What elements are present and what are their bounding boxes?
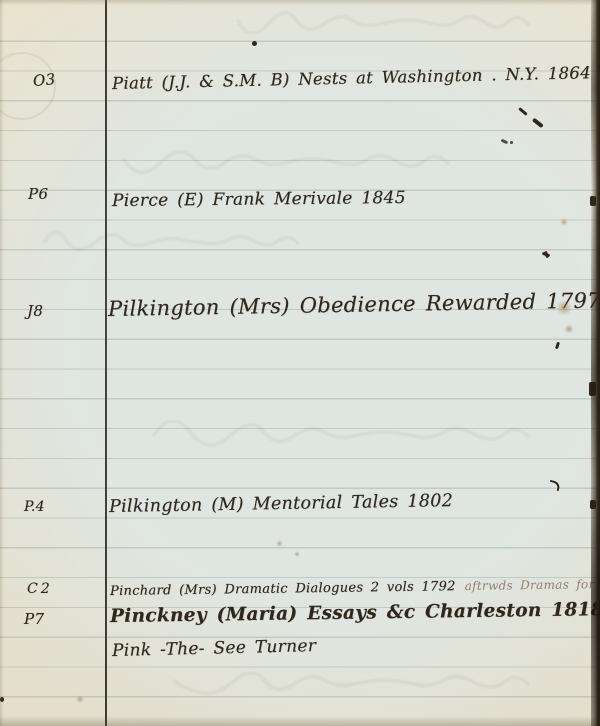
entry-annotation: aftrwds Dramas for Children <box>465 576 600 593</box>
ghost-writing <box>170 668 530 696</box>
entry-text: Pink -The- See Turner <box>112 636 317 661</box>
ink-speck <box>544 251 549 259</box>
entry-line: Pinchard (Mrs) Dramatic Dialogues 2 vols… <box>110 576 600 599</box>
foxing-spot <box>294 551 300 557</box>
shelf-code: P6 <box>28 185 48 203</box>
ghost-writing <box>150 420 530 448</box>
foxing-spot <box>76 695 84 703</box>
entry-text: Pierce (E) Frank Merivale 1845 <box>112 188 406 211</box>
ghost-writing <box>120 148 450 174</box>
ghost-writing <box>40 228 300 254</box>
ink-dash <box>518 107 528 116</box>
foxing-spot <box>276 540 283 547</box>
entry-text: Pilkington (M) Mentorial Tales 1802 <box>109 491 453 517</box>
ink-speck <box>252 41 257 46</box>
entry-text: Pinckney (Maria) Essays &c Charleston 18… <box>110 599 600 627</box>
ink-hook <box>548 480 561 492</box>
foxing-spot <box>556 300 572 316</box>
ink-speck <box>510 141 513 144</box>
shelf-code: C2 <box>27 581 53 597</box>
shelf-code: J8 <box>27 302 43 320</box>
foxing-spot <box>564 324 574 334</box>
entry-text: Pilkington (Mrs) Obedience Rewarded 1797 <box>108 288 600 321</box>
foxing-spot <box>560 218 568 226</box>
shelf-code: O3 <box>32 70 56 90</box>
ink-comma <box>555 342 560 350</box>
margin-rule <box>105 0 107 726</box>
shelf-code: P.4 <box>24 499 45 515</box>
page-gutter-edge <box>591 0 600 726</box>
ghost-writing <box>230 8 530 34</box>
page-edge-top <box>0 0 600 5</box>
page-edge-bottom <box>0 716 600 726</box>
ledger-page: O3 Piatt (J.J. & S.M. B) Nests at Washin… <box>0 0 600 726</box>
entry-text: Pinchard (Mrs) Dramatic Dialogues 2 vols… <box>110 579 456 599</box>
entry-text: Piatt (J.J. & S.M. B) Nests at Washingto… <box>112 63 591 93</box>
ink-dash <box>532 118 544 128</box>
ink-tick <box>501 139 508 144</box>
shelf-code: P7 <box>24 610 44 628</box>
page-edge-left <box>0 0 4 726</box>
